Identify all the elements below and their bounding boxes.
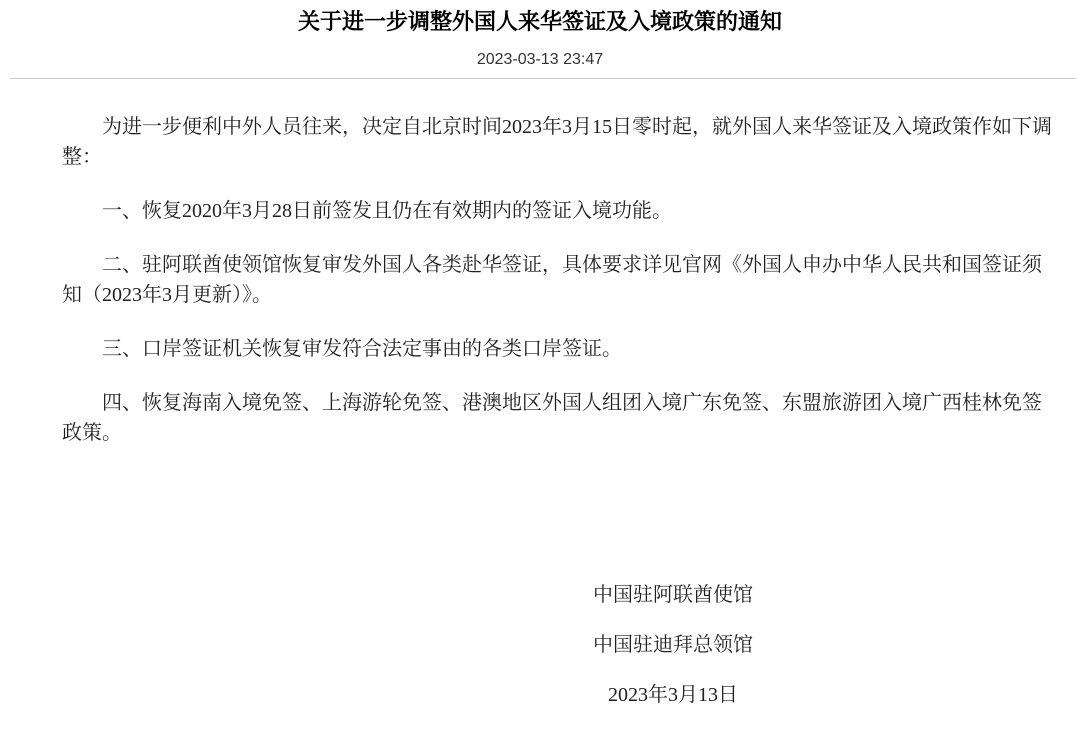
policy-item-2: 二、驻阿联酋使领馆恢复审发外国人各类赴华签证，具体要求详见官网《外国人申办中华人… [62, 250, 1052, 310]
publish-datetime: 2023-03-13 23:47 [0, 50, 1080, 70]
notice-page: 关于进一步调整外国人来华签证及入境政策的通知 2023-03-13 23:47 … [0, 0, 1080, 738]
issuer-line-embassy: 中国驻阿联酋使馆 [593, 580, 753, 610]
intro-paragraph: 为进一步便利中外人员往来，决定自北京时间2023年3月15日零时起，就外国人来华… [62, 112, 1052, 172]
notice-body: 为进一步便利中外人员往来，决定自北京时间2023年3月15日零时起，就外国人来华… [62, 112, 1052, 472]
issuer-line-consulate: 中国驻迪拜总领馆 [593, 630, 753, 660]
policy-item-3: 三、口岸签证机关恢复审发符合法定事由的各类口岸签证。 [62, 334, 1052, 364]
policy-item-4: 四、恢复海南入境免签、上海游轮免签、港澳地区外国人组团入境广东免签、东盟旅游团入… [62, 388, 1052, 448]
policy-item-1: 一、恢复2020年3月28日前签发且仍在有效期内的签证入境功能。 [62, 196, 1052, 226]
page-title: 关于进一步调整外国人来华签证及入境政策的通知 [0, 6, 1080, 38]
signature-block: 中国驻阿联酋使馆 中国驻迪拜总领馆 2023年3月13日 [593, 580, 753, 710]
signature-date: 2023年3月13日 [593, 680, 753, 710]
header-divider [10, 78, 1076, 79]
